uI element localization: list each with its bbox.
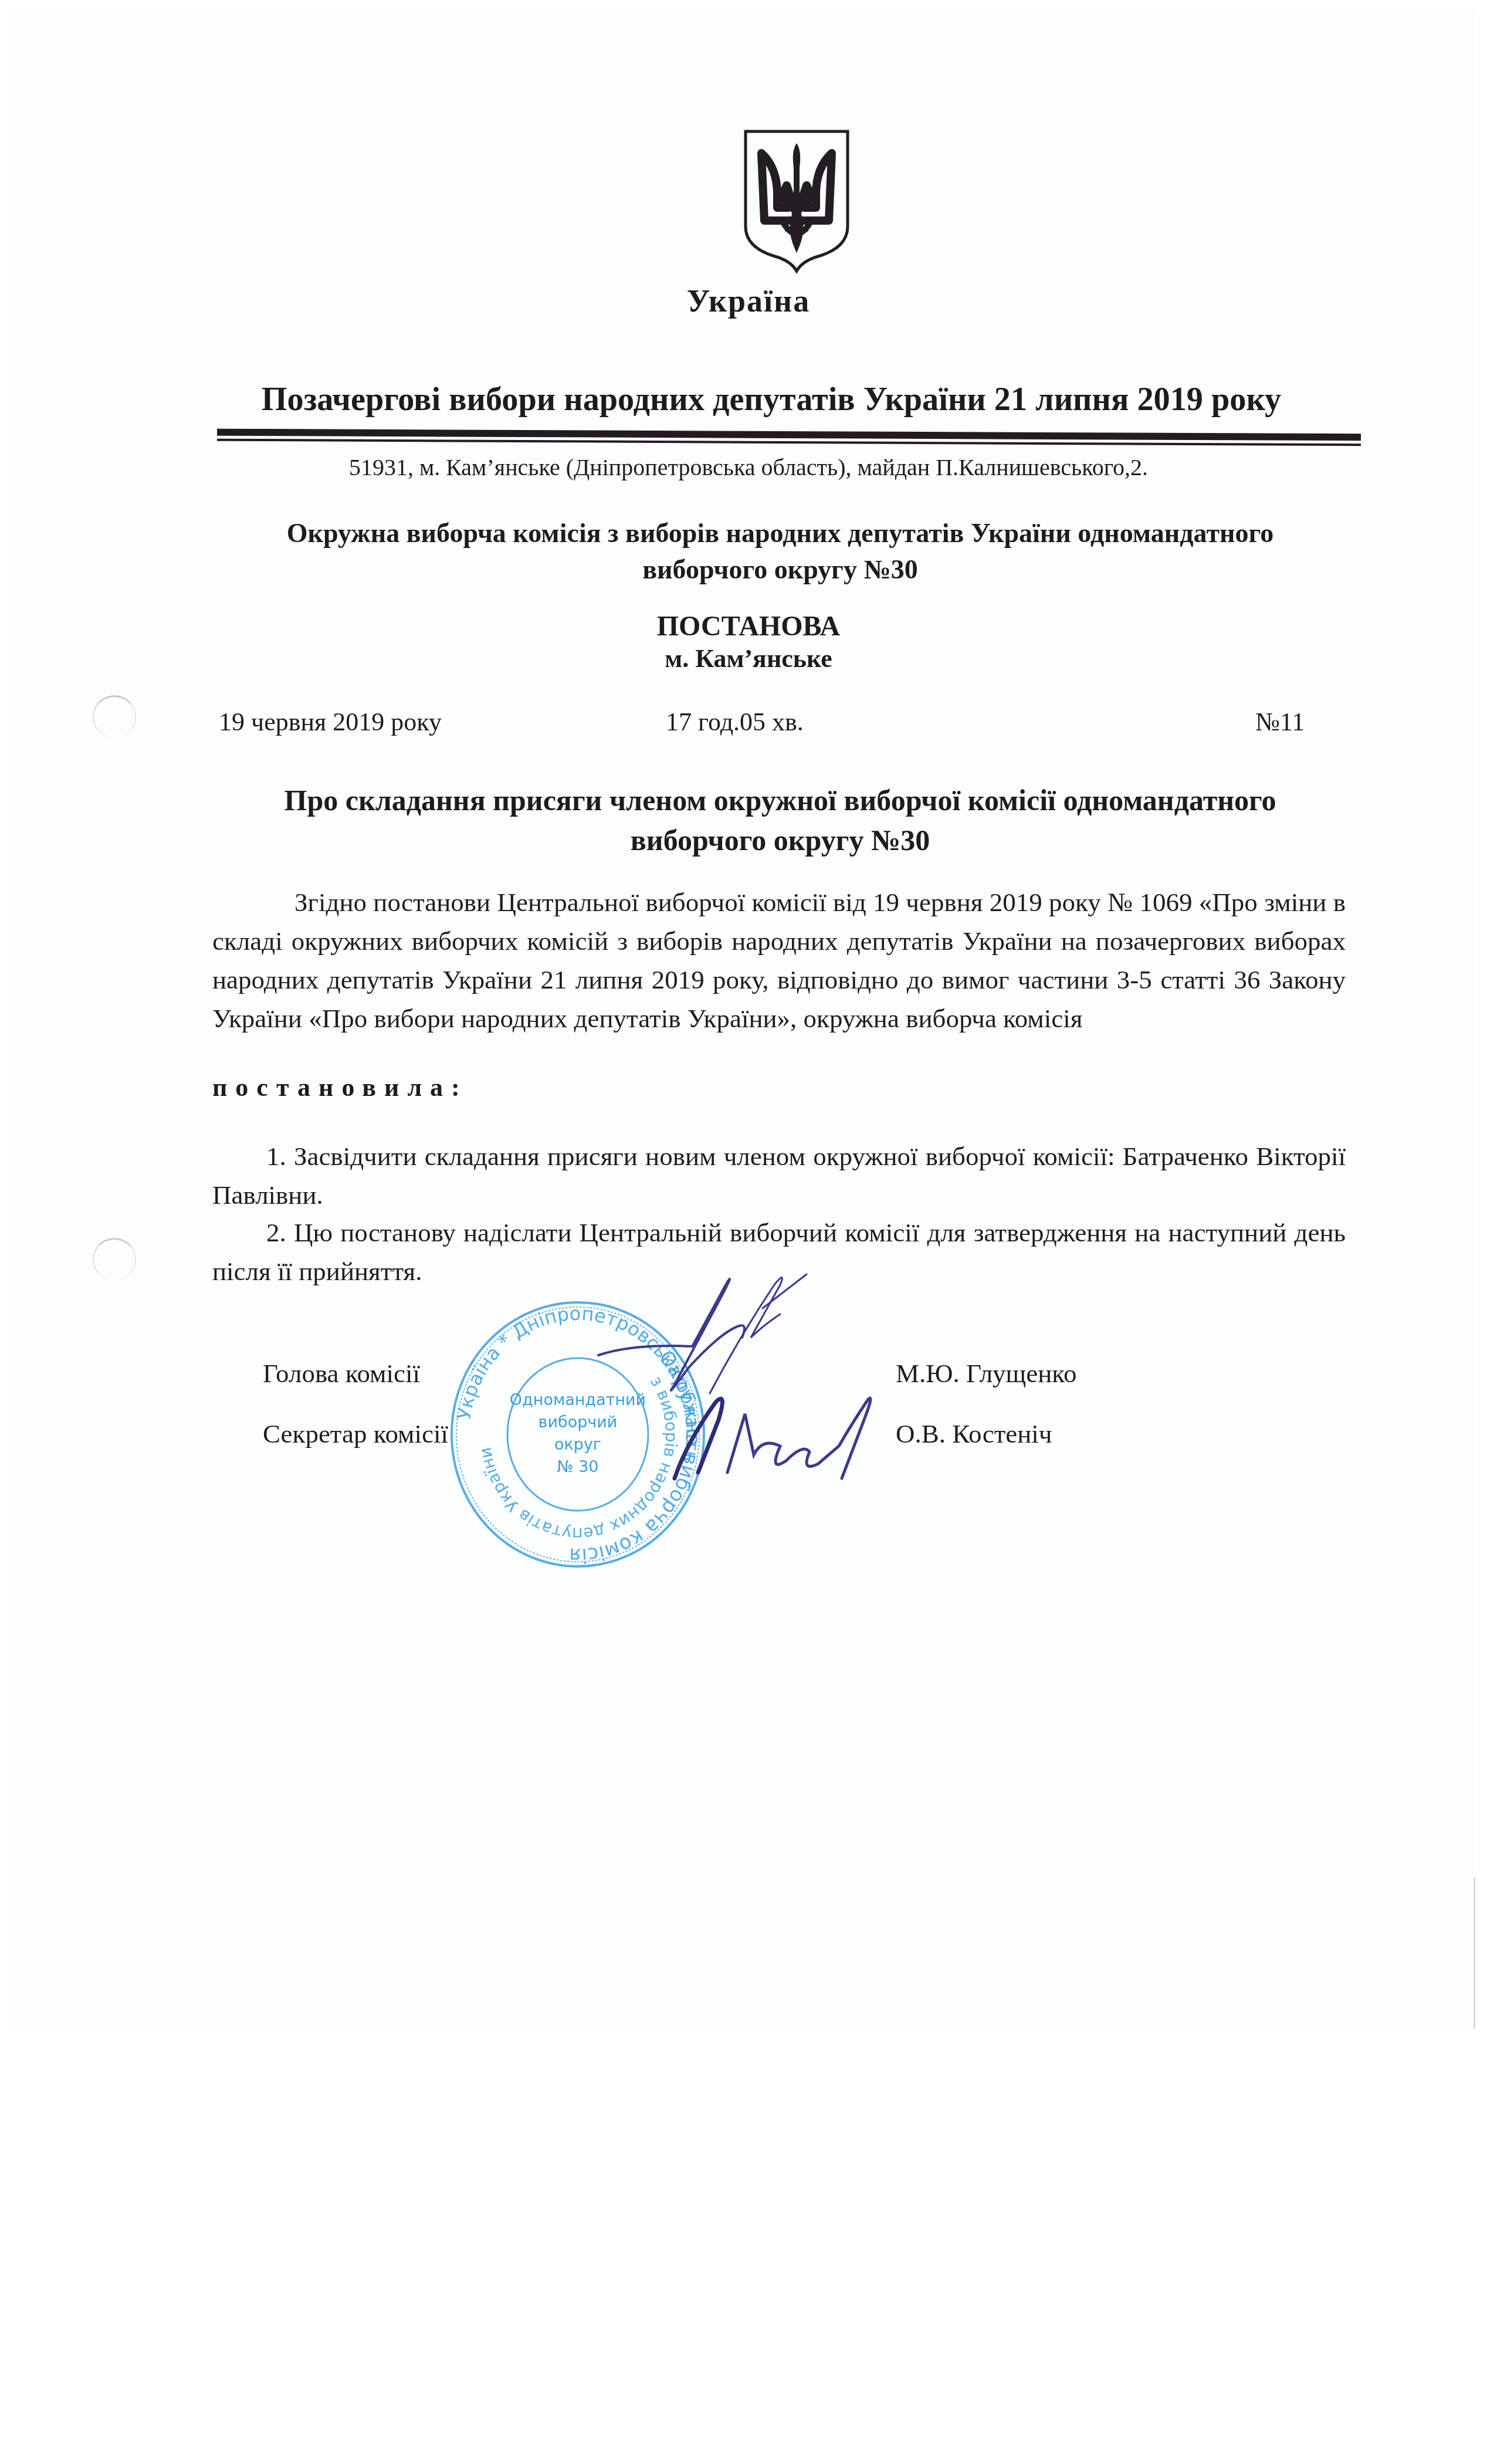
preamble-paragraph: Згідно постанови Центральної виборчої ко…	[212, 883, 1346, 1038]
scan-edge	[1474, 1877, 1475, 2029]
commission-name: Окружна виборча комісія з виборів народн…	[235, 515, 1326, 588]
decree-title: ПОСТАНОВА	[0, 610, 1497, 642]
decree-number: №11	[1255, 707, 1305, 737]
secretary-role-label: Секретар комісії	[263, 1419, 448, 1449]
resolution-item: 1. Засвідчити складання присяги новим чл…	[212, 1137, 1346, 1214]
address: 51931, м. Кам’янське (Дніпропетровська о…	[0, 453, 1497, 481]
country-title: Україна	[0, 283, 1497, 319]
trident-coat-of-arms-icon	[741, 127, 852, 273]
secretary-name: О.В. Костеніч	[896, 1419, 1052, 1449]
decree-subject: Про складання присяги членом окружної ви…	[223, 780, 1337, 860]
stamp-center-line: округ	[554, 1436, 601, 1454]
punch-hole-mark	[93, 1238, 136, 1281]
decree-city: м. Кам’янське	[0, 644, 1497, 673]
head-role-label: Голова комісії	[263, 1358, 420, 1389]
election-title: Позачергові вибори народних депутатів Ук…	[236, 379, 1306, 418]
decree-date: 19 червня 2019 року	[219, 707, 442, 737]
stamp-center-line: № 30	[557, 1458, 598, 1476]
head-name: М.Ю. Глущенко	[896, 1358, 1076, 1389]
punch-hole-mark	[93, 695, 136, 738]
decree-time: 17 год.05 хв.	[666, 707, 804, 737]
secretary-signature	[663, 1390, 886, 1484]
resolved-heading: постановила:	[212, 1072, 468, 1102]
